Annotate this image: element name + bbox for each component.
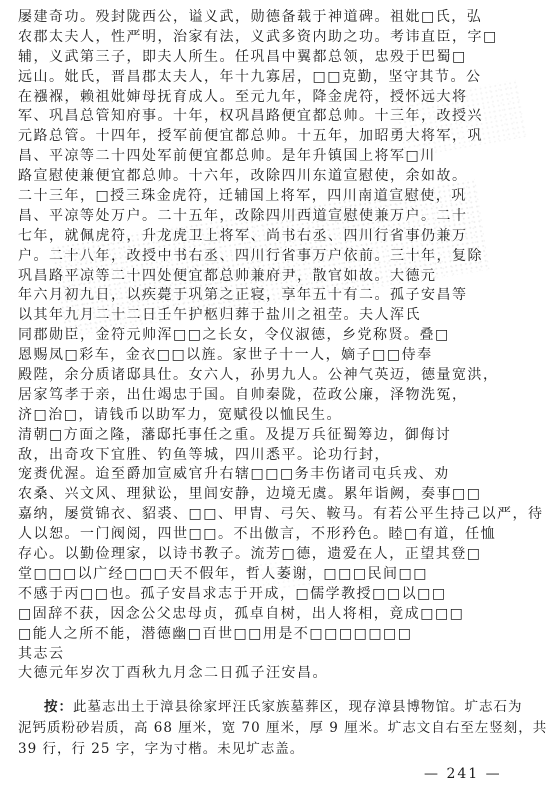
body-line: 巩昌路平凉等二十四处便宜都总帅兼府尹，散官如故。大德元 xyxy=(18,267,543,287)
page-number: — 241 — xyxy=(424,766,502,782)
body-line: 不感于丙□□也。孤子安昌求志于开成，□儒学教授□□以□□ xyxy=(18,585,543,605)
body-line: 元路总管。十四年，授军前便宜都总帅。十五年，加昭勇大将军，巩 xyxy=(18,127,543,147)
body-line: 以其年九月二十二日壬午护柩归葬于盐川之祖茔。夫人浑氏 xyxy=(18,306,543,326)
body-line: 恩赐凤□彩车，金衣□□以旌。家世子十一人，嫡子□□侍奉 xyxy=(18,346,543,366)
body-line: □能人之所不能，潜德幽□百世□□用是不□□□□□□□ xyxy=(18,625,543,645)
note-line: 按：此墓志出土于漳县徐家坪汪氏家族墓葬区，现存漳县博物馆。圹志石为 xyxy=(18,697,533,718)
body-line: 年六月初九日，以疾薨于巩第之正寝，享年五十有二。孤子安昌等 xyxy=(18,286,543,306)
note-line: 泥钙质粉砂岩质，高 68 厘米，宽 70 厘米，厚 9 厘米。圹志文自右至左竖刻… xyxy=(18,718,533,739)
body-line: 存心。以勤俭理家，以诗书教子。流芳□德，遗爱在人，正望其登□ xyxy=(18,545,543,565)
body-line: 宠赉优渥。迨至爵加宣威官升右辖□□□务丰伤诸司屯兵戎、劝 xyxy=(18,465,543,485)
body-line: 屡建奇功。殁封陇西公，谥义武，勋德备载于神道碑。祖妣□氏，弘 xyxy=(18,8,543,28)
body-line-signature: 大德元年岁次丁酉秋九月念二日孤子汪安昌。 xyxy=(18,664,543,684)
note-label: 按： xyxy=(44,699,73,715)
scanned-book-page: 屡建奇功。殁封陇西公，谥义武，勋德备载于神道碑。祖妣□氏，弘 农郡太夫人，性严明… xyxy=(0,0,549,798)
body-line: 嘉纳，屡赏锦衣、貂裘、□□、甲胄、弓矢、鞍马。有若公平生持己以严，待 xyxy=(18,505,543,525)
note-text: 此墓志出土于漳县徐家坪汪氏家族墓葬区，现存漳县博物馆。圹志石为 xyxy=(73,699,523,715)
body-line: 同郡勋臣，金符元帅浑□□之长女，令仪淑德，乡党称贤。叠□ xyxy=(18,326,543,346)
body-line: 户。二十八年，改授中书右丞、四川行省事万户依前。三十年，复除 xyxy=(18,247,543,267)
body-line: 堂□□□以广经□□□天不假年，哲人萎谢，□□□民间□□ xyxy=(18,565,543,585)
body-line: 敌，出奇攻下宜胜、钓鱼等城，四川悉平。论功行封， xyxy=(18,446,543,466)
body-line-qizhiyun: 其志云 xyxy=(18,645,543,665)
body-line: 二十三年，□授三珠金虎符，迁辅国上将军，四川南道宣慰使，巩 xyxy=(18,187,543,207)
body-line: 农桑、兴文风、理狱讼，里闾安静，边境无虞。累年诣阙，奏事□□ xyxy=(18,485,543,505)
body-line: 昌、平凉等处万户。二十五年，改除四川西道宣慰使兼万户。二十 xyxy=(18,207,543,227)
body-line: □固辞不获，因念公父忠母贞，孤卓自树，出人将相，竟成□□□ xyxy=(18,605,543,625)
body-line: 殿陛，余分质诸邸具仕。女六人，孙男九人。公神气英迈，德量宽洪， xyxy=(18,366,543,386)
body-line: 辅，义武第三子，即夫人所生。任巩昌中翼都总领，忠殁于巴蜀□ xyxy=(18,48,543,68)
body-line: 昌、平凉等二十四处军前便宜都总帅。是年升镇国上将军□川 xyxy=(18,147,543,167)
body-line: 在襁褓，赖祖妣婶母抚育成人。至元九年，降金虎符，授怀远大将 xyxy=(18,88,543,108)
body-line: 农郡太夫人，性严明，治家有法，义武多资内助之功。考讳直臣，字□ xyxy=(18,28,543,48)
body-line: 清朝□方面之隆，藩邸托事任之重。及提万兵征蜀筹边，御侮讨 xyxy=(18,426,543,446)
editor-note: 按：此墓志出土于漳县徐家坪汪氏家族墓葬区，现存漳县博物馆。圹志石为 泥钙质粉砂岩… xyxy=(18,697,533,760)
epitaph-body: 屡建奇功。殁封陇西公，谥义武，勋德备载于神道碑。祖妣□氏，弘 农郡太夫人，性严明… xyxy=(18,8,543,684)
body-line: 济□治□，请钱币以助军力，宽赋役以恤民生。 xyxy=(18,406,543,426)
body-line: 居家笃孝于亲，出仕竭忠于国。自帅秦陇，莅政公廉，泽物洗冤， xyxy=(18,386,543,406)
note-line: 39 行，行 25 字，字为寸楷。未见圹志盖。 xyxy=(18,739,533,760)
body-line: 人以恕。一门阀阅，四世□□。不出傲言，不形矜色。睦□有道，任恤 xyxy=(18,525,543,545)
body-line: 远山。妣氏，晋昌郡太夫人，年十九寡居，□□克勤，坚守其节。公 xyxy=(18,68,543,88)
body-line: 军、巩昌总管知府事。十年，权巩昌路便宜都总帅。十三年，改授兴 xyxy=(18,107,543,127)
body-line: 路宣慰使兼便宜都总帅。十六年，改除四川东道宣慰使，余如故。 xyxy=(18,167,543,187)
body-line: 七年，就佩虎符，升龙虎卫上将军、尚书右丞、四川行省事仍兼万 xyxy=(18,227,543,247)
